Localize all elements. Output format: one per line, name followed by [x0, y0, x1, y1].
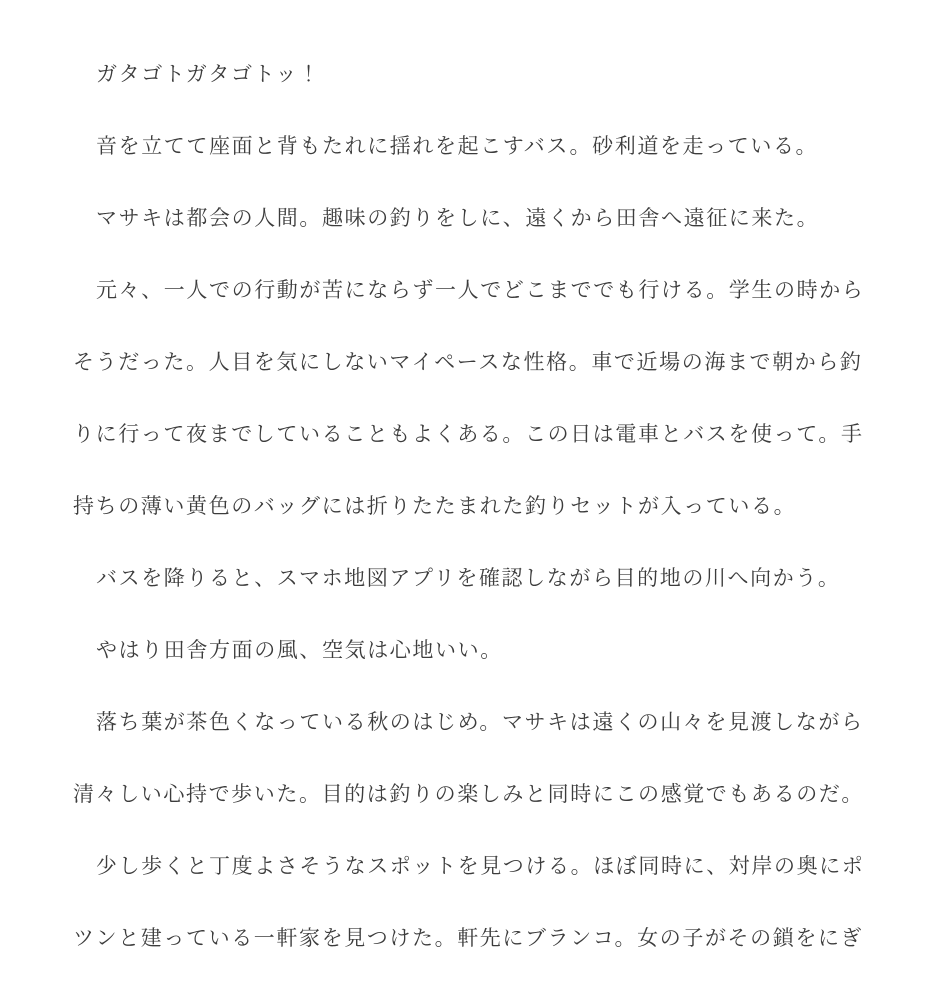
text-line: マサキは都会の人間。趣味の釣りをしに、遠くから田舎へ遠征に来た。 — [73, 182, 873, 254]
text-line: ガタゴトガタゴトッ！ — [73, 38, 873, 110]
text-line: りに行って夜までしていることもよくある。この日は電車とバスを使って。手 — [73, 398, 873, 470]
text-line: 元々、一人での行動が苦にならず一人でどこまででも行ける。学生の時から — [73, 254, 873, 326]
text-line: バスを降りると、スマホ地図アプリを確認しながら目的地の川へ向かう。 — [73, 542, 873, 614]
text-block: ガタゴトガタゴトッ！ 音を立てて座面と背もたれに揺れを起こすバス。砂利道を走って… — [73, 38, 873, 974]
document-page: ガタゴトガタゴトッ！ 音を立てて座面と背もたれに揺れを起こすバス。砂利道を走って… — [0, 0, 946, 984]
text-line: ツンと建っている一軒家を見つけた。軒先にブランコ。女の子がその鎖をにぎ — [73, 902, 873, 974]
text-line: やはり田舎方面の風、空気は心地いい。 — [73, 614, 873, 686]
text-line: 少し歩くと丁度よさそうなスポットを見つける。ほぼ同時に、対岸の奥にポ — [73, 830, 873, 902]
text-line: 音を立てて座面と背もたれに揺れを起こすバス。砂利道を走っている。 — [73, 110, 873, 182]
text-line: 落ち葉が茶色くなっている秋のはじめ。マサキは遠くの山々を見渡しながら — [73, 686, 873, 758]
text-line: 持ちの薄い黄色のバッグには折りたたまれた釣りセットが入っている。 — [73, 470, 873, 542]
text-line: 清々しい心持で歩いた。目的は釣りの楽しみと同時にこの感覚でもあるのだ。 — [73, 758, 873, 830]
text-line: そうだった。人目を気にしないマイペースな性格。車で近場の海まで朝から釣 — [73, 326, 873, 398]
